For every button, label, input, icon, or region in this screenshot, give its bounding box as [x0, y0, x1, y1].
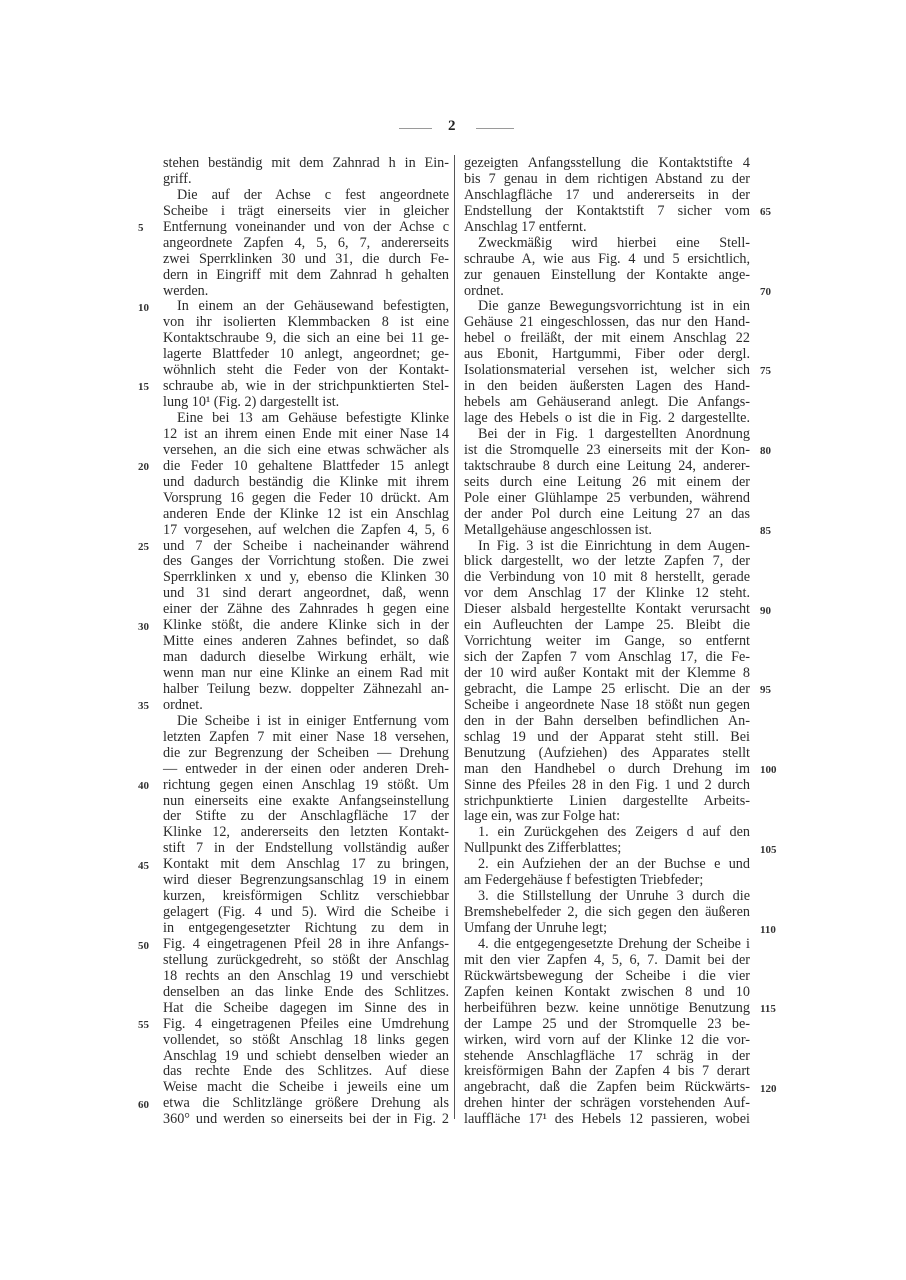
text-line: ein Aufleuchten der Lampe 25. Bleibt die: [464, 618, 750, 634]
text-line: Zapfen keinen Kontakt zwischen 8 und 10: [464, 985, 750, 1001]
text-line: wirken, wird vorn auf der Klinke 12 die …: [464, 1033, 750, 1049]
text-line: Sperrklinken x und y, ebenso die Klinken…: [163, 570, 449, 586]
text-line: letzten Zapfen 7 mit einer Nase 18 verse…: [163, 730, 449, 746]
text-line: Die auf der Achse c fest angeordnete: [163, 188, 449, 204]
text-line: hebel o freiläßt, der mit einem Anschlag…: [464, 331, 750, 347]
line-number: 105: [760, 844, 777, 856]
text-line: einer der Zähne des Zahnrades h gegen ei…: [163, 602, 449, 618]
text-line: der 10 wird außer Kontakt mit der Klemme…: [464, 666, 750, 682]
line-number: 25: [138, 541, 149, 553]
text-line: — entweder in der einen oder anderen Dre…: [163, 762, 449, 778]
text-line: wöhnlich steht die Feder von der Kontakt…: [163, 363, 449, 379]
text-line: schlag 19 und der Apparat steht still. B…: [464, 730, 750, 746]
text-line: der ander Pol durch eine Leitung 27 an d…: [464, 507, 750, 523]
text-line: gezeigten Anfangsstellung die Kontaktsti…: [464, 156, 750, 172]
text-line: und 31 sind derart angeordnet, daß, wenn: [163, 586, 449, 602]
text-line: dern in Eingriff mit dem Zahnrad h gehal…: [163, 268, 449, 284]
line-number: 35: [138, 700, 149, 712]
text-line: lung 10¹ (Fig. 2) dargestellt ist.: [163, 395, 449, 411]
text-line: am Federgehäuse f befestigten Triebfeder…: [464, 873, 750, 889]
text-line: vollendet, so stößt Anschlag 18 links ge…: [163, 1033, 449, 1049]
line-number: 85: [760, 525, 771, 537]
text-line: versehen, an die sich eine etwas schwäch…: [163, 443, 449, 459]
text-line: und 7 der Scheibe i nacheinander während: [163, 539, 449, 555]
text-line: Zweckmäßig wird hierbei eine Stell-: [464, 236, 750, 252]
text-line: Kontakt mit dem Anschlag 17 zu bringen,: [163, 857, 449, 873]
text-line: wird dieser Begrenzungsanschlag 19 in ei…: [163, 873, 449, 889]
text-line: nun einerseits eine exakte Anfangseinste…: [163, 794, 449, 810]
text-line: man den Handhebel o durch Drehung im: [464, 762, 750, 778]
text-line: griff.: [163, 172, 449, 188]
text-line: mit den vier Zapfen 4, 5, 6, 7. Damit be…: [464, 953, 750, 969]
line-number: 20: [138, 461, 149, 473]
header-rule-left: [399, 128, 432, 129]
text-line: Scheibe i trägt einerseits vier in gleic…: [163, 204, 449, 220]
text-line: bis 7 genau in dem richtigen Abstand zu …: [464, 172, 750, 188]
text-line: Bremshebelfeder 2, die sich gegen den äu…: [464, 905, 750, 921]
text-line: ordnet.: [163, 698, 449, 714]
text-line: 17 vorgesehen, auf welchen die Zapfen 4,…: [163, 523, 449, 539]
text-line: und dadurch beständig die Klinke mit ihr…: [163, 475, 449, 491]
text-line: Nullpunkt des Zifferblattes;: [464, 841, 750, 857]
page-header: 2: [0, 118, 906, 138]
line-number: 45: [138, 860, 149, 872]
text-line: blick dargestellt, wo der letzte Zapfen …: [464, 554, 750, 570]
text-line: lage ein, was zur Folge hat:: [464, 809, 750, 825]
text-line: die Verbindung von 10 mit 8 herstellt, g…: [464, 570, 750, 586]
text-line: Hat die Scheibe dagegen im Sinne des in: [163, 1001, 449, 1017]
line-number: 90: [760, 605, 771, 617]
text-line: Die Scheibe i ist in einiger Entfernung …: [163, 714, 449, 730]
line-number: 75: [760, 365, 771, 377]
text-line: Benutzung (Aufziehen) des Apparates stel…: [464, 746, 750, 762]
text-line: Vorsprung 16 gegen die Feder 10 drückt. …: [163, 491, 449, 507]
text-line: zwei Sperrklinken 30 und 31, die durch F…: [163, 252, 449, 268]
text-line: Sinne des Pfeiles 28 in den Fig. 1 und 2…: [464, 778, 750, 794]
line-number: 110: [760, 924, 776, 936]
text-line: 360° und werden so einerseits bei der in…: [163, 1112, 449, 1128]
text-line: anderen Ende der Klinke 12 ist ein Ansch…: [163, 507, 449, 523]
text-line: Anschlag 17 entfernt.: [464, 220, 750, 236]
line-number: 5: [138, 222, 144, 234]
text-line: Entfernung voneinander und von der Achse…: [163, 220, 449, 236]
text-line: den in der Bahn derselben befindlichen A…: [464, 714, 750, 730]
text-line: Bei der in Fig. 1 dargestellten Anordnun…: [464, 427, 750, 443]
text-line: herbeiführen bezw. keine unnötige Benutz…: [464, 1001, 750, 1017]
right-text-column: gezeigten Anfangsstellung die Kontaktsti…: [464, 156, 750, 1128]
text-line: Rückwärtsbewegung der Scheibe i die vier: [464, 969, 750, 985]
text-line: Scheibe i angeordnete Nase 18 stößt nun …: [464, 698, 750, 714]
text-line: Fig. 4 eingetragenen Pfeiles eine Umdreh…: [163, 1017, 449, 1033]
text-line: Metallgehäuse angeschlossen ist.: [464, 523, 750, 539]
text-line: Pole einer Glühlampe 25 verbunden, währe…: [464, 491, 750, 507]
header-rule-right: [476, 128, 514, 129]
text-line: Endstellung der Kontaktstift 7 sicher vo…: [464, 204, 750, 220]
line-number: 95: [760, 684, 771, 696]
page-number: 2: [448, 118, 456, 135]
line-number: 10: [138, 302, 149, 314]
text-line: gelagert (Fig. 4 und 5). Wird die Scheib…: [163, 905, 449, 921]
text-line: angebracht, daß die Zapfen beim Rückwärt…: [464, 1080, 750, 1096]
text-line: vor dem Anschlag 17 der Klinke 12 steht.: [464, 586, 750, 602]
text-line: lauffläche 17¹ des Hebels 12 passieren, …: [464, 1112, 750, 1128]
text-line: angeordnete Zapfen 4, 5, 6, 7, andererse…: [163, 236, 449, 252]
text-line: schraube ab, wie in der strichpunktierte…: [163, 379, 449, 395]
text-line: halber Teilung bezw. doppelter Zähnezahl…: [163, 682, 449, 698]
text-line: stehende Anschlagfläche 17 schräg in der: [464, 1049, 750, 1065]
text-line: die Feder 10 gehaltene Blattfeder 15 anl…: [163, 459, 449, 475]
text-line: 4. die entgegengesetzte Drehung der Sche…: [464, 937, 750, 953]
text-line: Umfang der Unruhe legt;: [464, 921, 750, 937]
text-line: seits durch eine Leitung 26 mit einem de…: [464, 475, 750, 491]
left-text-column: stehen beständig mit dem Zahnrad h in Ei…: [163, 156, 449, 1128]
text-line: 2. ein Aufziehen der an der Buchse e und: [464, 857, 750, 873]
text-line: gebracht, die Lampe 25 erlischt. Die an …: [464, 682, 750, 698]
line-number: 50: [138, 940, 149, 952]
text-line: etwa die Schlitzlänge größere Drehung al…: [163, 1096, 449, 1112]
text-line: Isolationsmaterial versehen ist, welcher…: [464, 363, 750, 379]
text-line: Anschlag 19 und schiebt denselben wieder…: [163, 1049, 449, 1065]
text-line: man dadurch dieselbe Wirkung erhält, wie: [163, 650, 449, 666]
text-line: ordnet.: [464, 284, 750, 300]
text-line: des Ganges der Vorrichtung stoßen. Die z…: [163, 554, 449, 570]
line-number: 60: [138, 1099, 149, 1111]
text-line: Klinke stößt, die andere Klinke sich in …: [163, 618, 449, 634]
text-line: stift 7 in der Endstellung vollständig a…: [163, 841, 449, 857]
text-line: zur genauen Einstellung der Kontakte ang…: [464, 268, 750, 284]
text-line: kurzen, kreisförmigen Schlitz verschiebb…: [163, 889, 449, 905]
text-line: 1. ein Zurückgehen des Zeigers d auf den: [464, 825, 750, 841]
text-line: In Fig. 3 ist die Einrichtung in dem Aug…: [464, 539, 750, 555]
text-line: schraube A, wie aus Fig. 4 und 5 ersicht…: [464, 252, 750, 268]
line-number: 70: [760, 286, 771, 298]
text-line: Vorrichtung weiter im Gange, so entfernt: [464, 634, 750, 650]
line-number: 100: [760, 764, 777, 776]
text-line: Eine bei 13 am Gehäuse befestigte Klinke: [163, 411, 449, 427]
text-line: Anschlagfläche 17 und andererseits in de…: [464, 188, 750, 204]
line-number: 30: [138, 621, 149, 633]
text-line: sich der Zapfen 7 vom Anschlag 17, die F…: [464, 650, 750, 666]
line-number: 120: [760, 1083, 777, 1095]
text-line: 12 ist an ihrem einen Ende mit einer Nas…: [163, 427, 449, 443]
line-number: 65: [760, 206, 771, 218]
text-line: hebels am Gehäuserand anlegt. Die Anfang…: [464, 395, 750, 411]
text-line: ist die Stromquelle 23 einerseits mit de…: [464, 443, 750, 459]
text-line: 3. die Stillstellung der Unruhe 3 durch …: [464, 889, 750, 905]
text-line: die zur Begrenzung der Scheiben — Drehun…: [163, 746, 449, 762]
text-line: von ihr isolierten Klemmbacken 8 ist ein…: [163, 315, 449, 331]
text-line: richtung gegen einen Anschlag 19 stößt. …: [163, 778, 449, 794]
text-line: taktschraube 8 durch eine Leitung 24, an…: [464, 459, 750, 475]
text-line: der Stifte zu der Anschlagfläche 17 der: [163, 809, 449, 825]
text-line: wenn man nur eine Klinke an einem Rad mi…: [163, 666, 449, 682]
text-line: stellung zurückgedreht, so stößt der Ans…: [163, 953, 449, 969]
line-number: 40: [138, 780, 149, 792]
text-line: Gehäuse 21 eingeschlossen, das nur den H…: [464, 315, 750, 331]
column-divider: [454, 155, 455, 1119]
text-line: strichpunktierte Linien dargestellte Arb…: [464, 794, 750, 810]
text-line: drehen hinter der schrägen vorstehenden …: [464, 1096, 750, 1112]
text-line: werden.: [163, 284, 449, 300]
text-line: kreisförmigen Bahn der Zapfen 4 bis 7 de…: [464, 1064, 750, 1080]
text-line: Klinke 12, andererseits den letzten Kont…: [163, 825, 449, 841]
text-line: in entgegengesetzter Richtung zu dem in: [163, 921, 449, 937]
text-line: in den beiden äußersten Lagen des Hand-: [464, 379, 750, 395]
text-line: Mitte eines anderen Zahnes befindet, so …: [163, 634, 449, 650]
line-number: 115: [760, 1003, 776, 1015]
text-line: denselben an das linke Ende des Schlitze…: [163, 985, 449, 1001]
text-line: Kontaktschraube 9, die sich an eine bei …: [163, 331, 449, 347]
text-line: lagerte Blattfeder 10 anlegt, angeordnet…: [163, 347, 449, 363]
text-line: aus Ebonit, Hartgummi, Fiber oder dergl.: [464, 347, 750, 363]
text-line: stehen beständig mit dem Zahnrad h in Ei…: [163, 156, 449, 172]
text-line: Weise macht die Scheibe i jeweils eine u…: [163, 1080, 449, 1096]
text-line: Fig. 4 eingetragenen Pfeil 28 in ihre An…: [163, 937, 449, 953]
line-number: 55: [138, 1019, 149, 1031]
text-line: Die ganze Bewegungsvorrichtung ist in ei…: [464, 299, 750, 315]
line-number: 15: [138, 381, 149, 393]
text-line: In einem an der Gehäusewand befestigten,: [163, 299, 449, 315]
line-number: 80: [760, 445, 771, 457]
text-line: Dieser alsbald hergestellte Kontakt veru…: [464, 602, 750, 618]
text-line: das rechte Ende des Schlitzes. Auf diese: [163, 1064, 449, 1080]
text-line: 18 rechts an den Anschlag 19 und verschi…: [163, 969, 449, 985]
text-line: der Lampe 25 und der Stromquelle 23 be-: [464, 1017, 750, 1033]
text-line: lage des Hebels o ist die in Fig. 2 darg…: [464, 411, 750, 427]
